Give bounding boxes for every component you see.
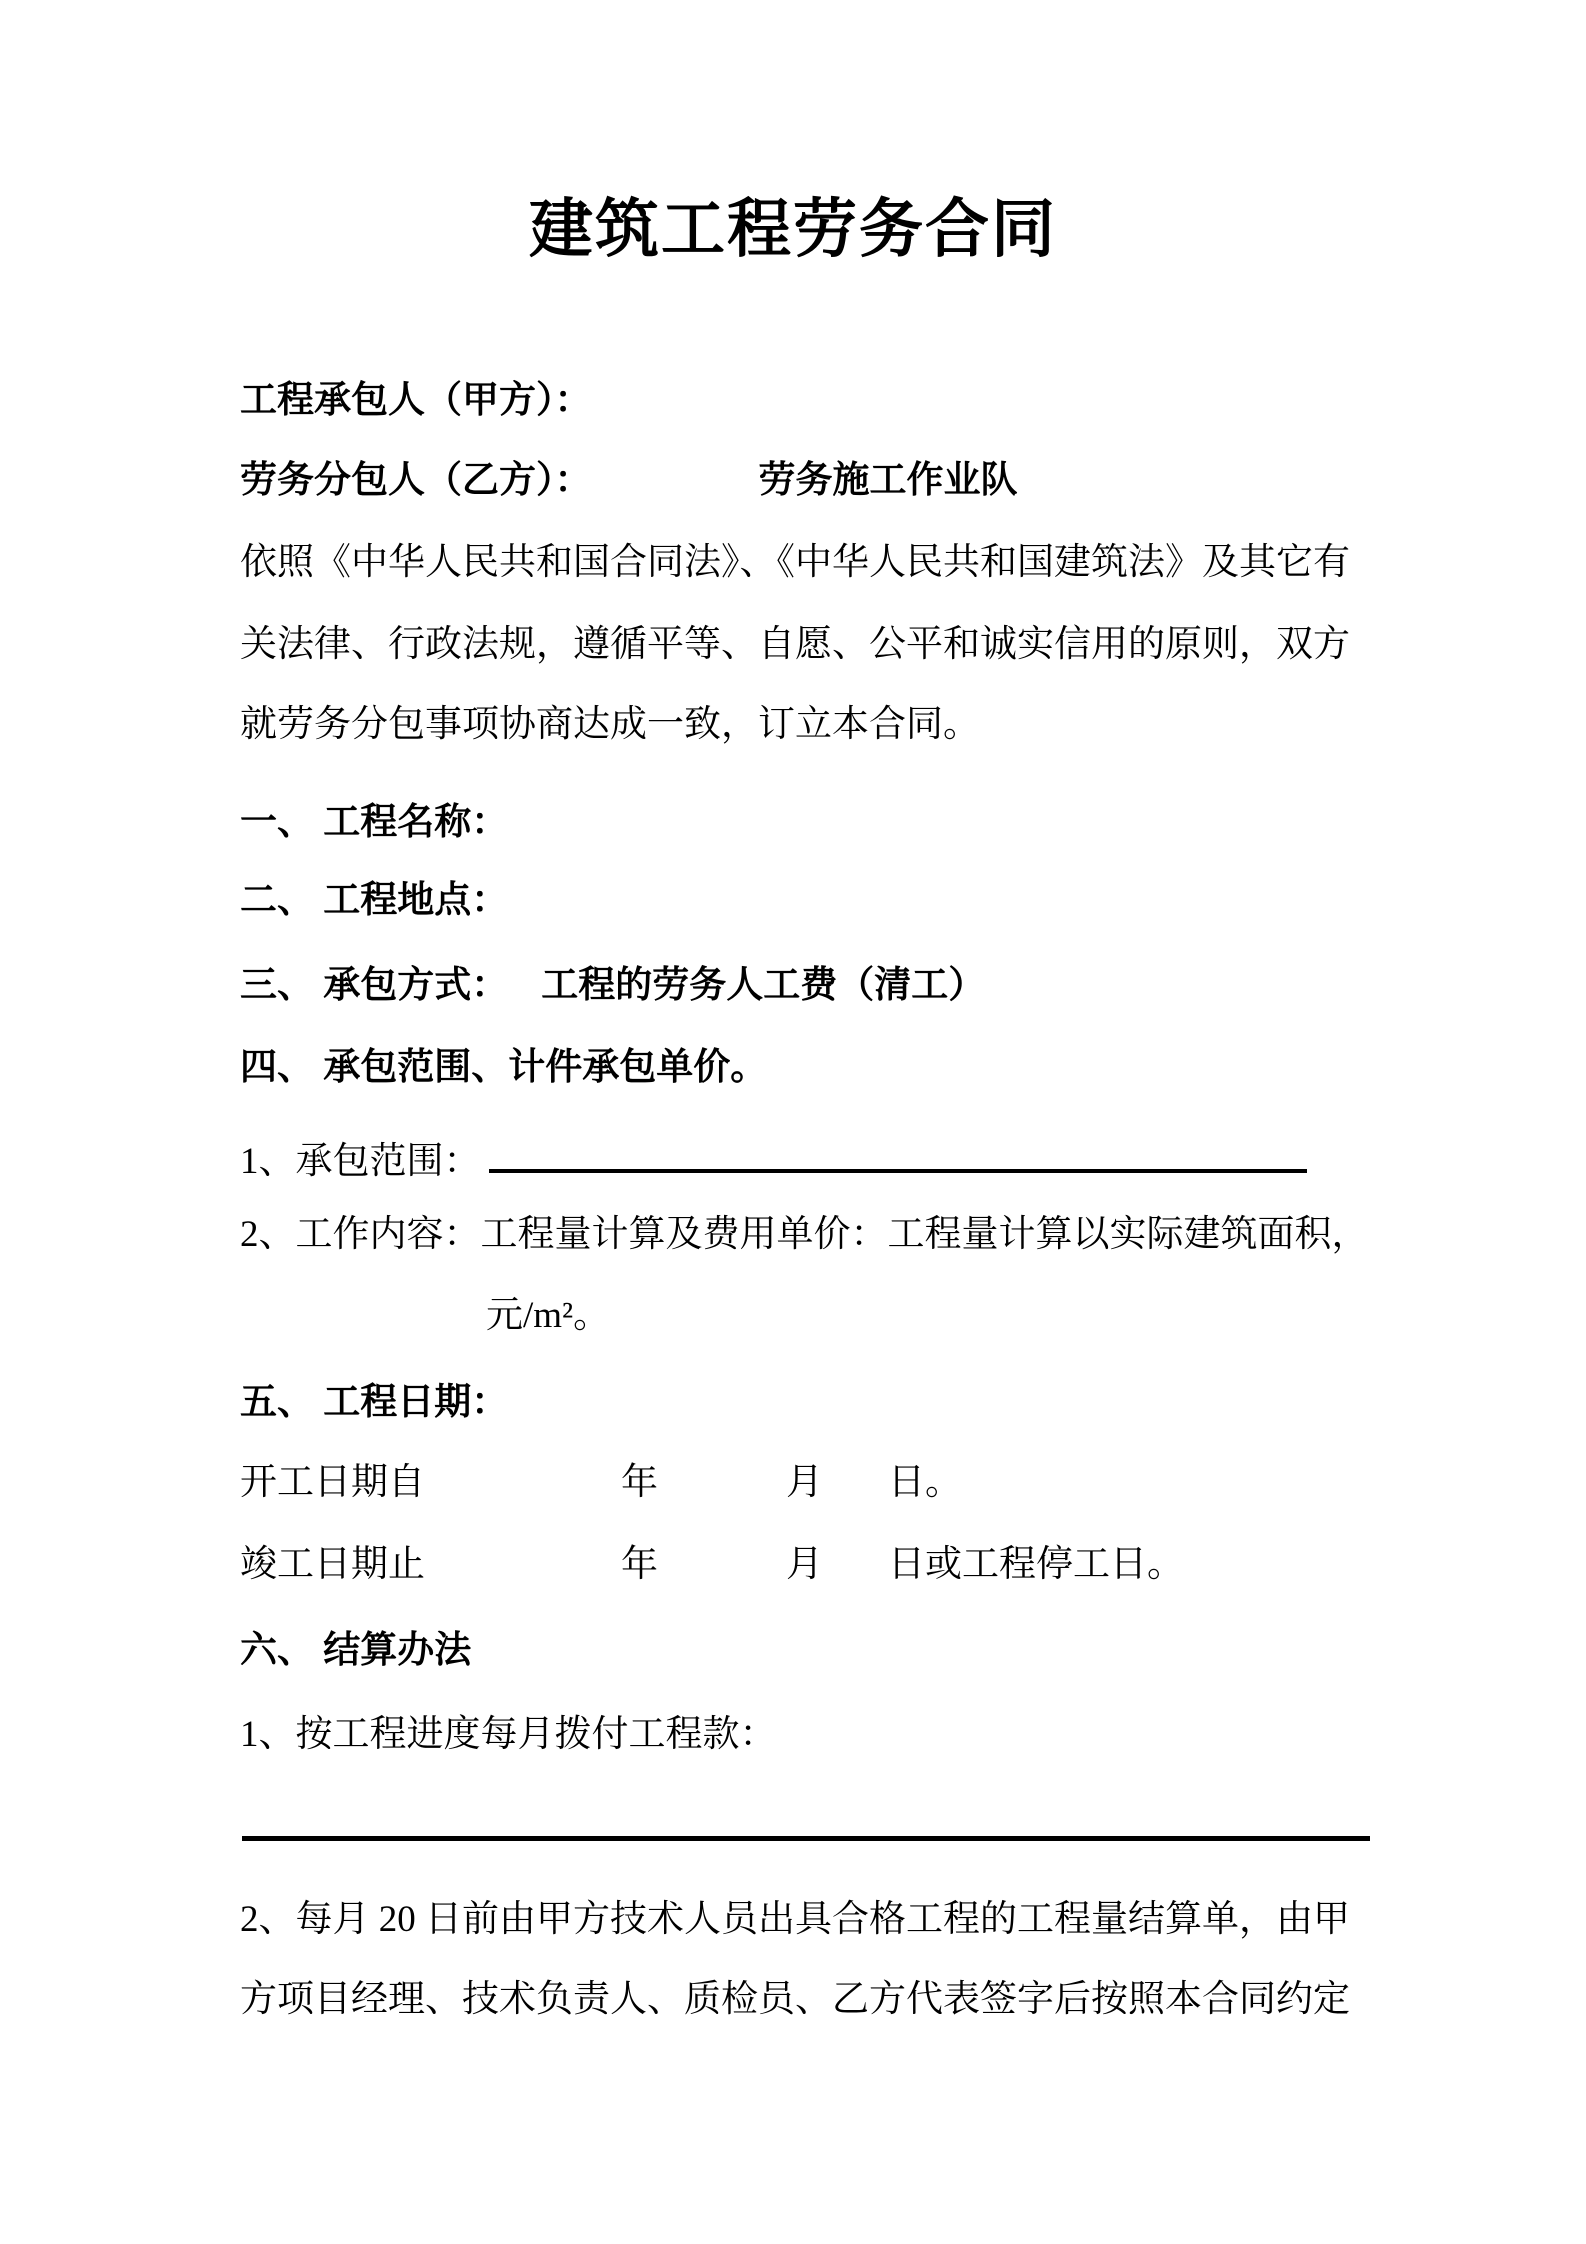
contract-page: 建筑工程劳务合同 工程承包人（甲方）： 劳务分包人（乙方）：劳务施工作业队 依照… (0, 0, 1586, 2244)
item-4-1-scope: 1、承包范围： (240, 1129, 1307, 1184)
clause-6-settlement-method: 六、 结算办法 (240, 1629, 471, 1673)
party-a-label: 工程承包人（甲方）： (240, 380, 592, 421)
end-date-line: 竣工日期止年月日或工程停工日。 (240, 1543, 1184, 1587)
end-date-day-label: 日或工程停工日。 (888, 1544, 1184, 1585)
scope-fill-in-blank (489, 1129, 1307, 1173)
item-6-2-line-1: 2、每月 20 日前由甲方技术人员出具合格工程的工程量结算单，由甲 (240, 1898, 1350, 1942)
party-a-line: 工程承包人（甲方）： (240, 379, 592, 423)
clause-1-project-name: 一、 工程名称： (240, 801, 508, 845)
start-date-month-label: 月 (786, 1462, 823, 1503)
end-date-month-label: 月 (786, 1544, 823, 1585)
item-6-1-monthly-payment: 1、按工程进度每月拨付工程款： (240, 1713, 777, 1757)
clause-4-scope-price: 四、 承包范围、计件承包单价。 (240, 1046, 767, 1090)
clause-2-project-location: 二、 工程地点： (240, 879, 508, 923)
item-4-2-work-content-line-2: 元/m²。 (486, 1294, 610, 1338)
item-6-2-line-2: 方项目经理、技术负责人、质检员、乙方代表签字后按照本合同约定 (240, 1978, 1350, 2022)
start-date-line: 开工日期自年月日。 (240, 1461, 962, 1505)
clause-3-label: 三、 承包方式： (240, 965, 508, 1006)
document-title: 建筑工程劳务合同 (0, 193, 1586, 267)
clause-3-contract-mode: 三、 承包方式：工程的劳务人工费（清工） (240, 964, 985, 1008)
item-4-1-label: 1、承包范围： (240, 1141, 481, 1182)
party-b-label: 劳务分包人（乙方）： (240, 460, 592, 501)
end-date-year-label: 年 (621, 1544, 658, 1585)
party-b-line: 劳务分包人（乙方）：劳务施工作业队 (240, 459, 1018, 503)
preamble-line-1: 依照《中华人民共和国合同法》、《中华人民共和国建筑法》及其它有 (240, 541, 1350, 585)
party-b-value: 劳务施工作业队 (759, 460, 1018, 501)
clause-5-project-dates: 五、 工程日期： (240, 1381, 508, 1425)
start-date-day-label: 日。 (888, 1462, 962, 1503)
fill-in-rule-line (242, 1836, 1370, 1841)
item-4-2-work-content-line-1: 2、工作内容：工程量计算及费用单价：工程量计算以实际建筑面积， (240, 1213, 1369, 1257)
preamble-line-3: 就劳务分包事项协商达成一致，订立本合同。 (240, 703, 980, 747)
preamble-line-2: 关法律、行政法规，遵循平等、自愿、公平和诚实信用的原则，双方 (240, 623, 1350, 667)
start-date-year-label: 年 (621, 1462, 658, 1503)
start-date-prefix: 开工日期自 (240, 1462, 425, 1503)
end-date-prefix: 竣工日期止 (240, 1544, 425, 1585)
clause-3-value: 工程的劳务人工费（清工） (541, 965, 985, 1006)
